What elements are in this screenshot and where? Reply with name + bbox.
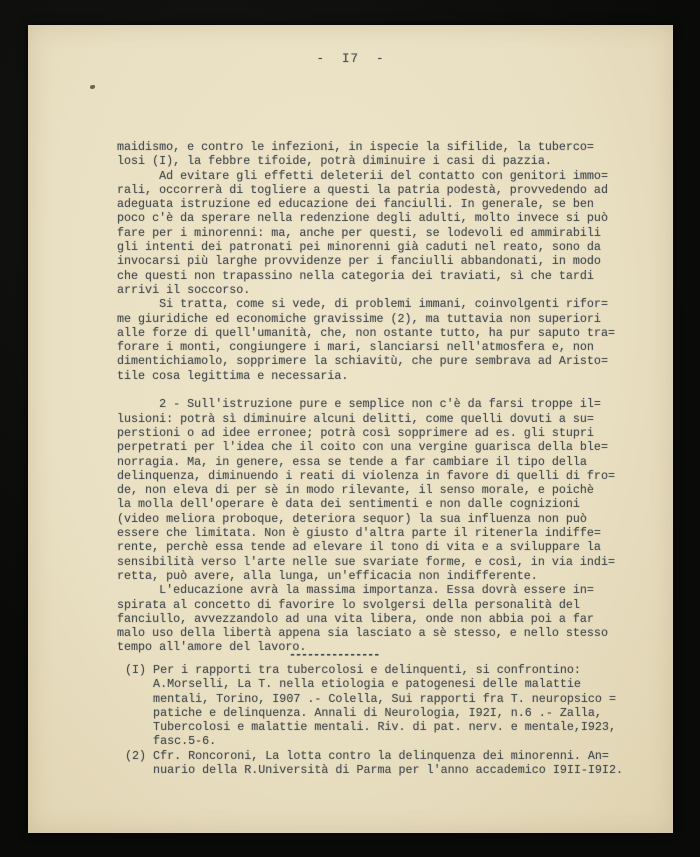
text-line: Ad evitare gli effetti deleterii del con… — [117, 169, 615, 183]
text-line: che questi non trapassino nella categori… — [117, 269, 615, 283]
text-line: L'educazione avrà la massima importanza.… — [117, 583, 615, 597]
text-line: me giuridiche ed economiche gravissime (… — [117, 312, 615, 326]
text-line: Tubercolosi e malattie mentali. Riv. di … — [125, 720, 623, 734]
text-line: tile cosa legittima e necessaria. — [117, 369, 615, 383]
paper-speck — [90, 85, 95, 89]
body-text-block: maidismo, e contro le infezioni, in ispe… — [117, 140, 615, 655]
text-line: (I) Per i rapporti tra tubercolosi e del… — [125, 663, 623, 677]
text-line: mentali, Torino, I907 .- Colella, Sui ra… — [125, 692, 623, 706]
text-line: sensibilità verso l'arte nelle sue svari… — [117, 555, 615, 569]
text-line: adeguata istruzione ed educazione dei fa… — [117, 197, 615, 211]
text-line: malo uso della libertà appena sia lascia… — [117, 626, 615, 640]
text-line: delinquenza, diminuendo i reati di viole… — [117, 469, 615, 483]
text-line: rente, perchè essa tende ad elevare il t… — [117, 540, 615, 554]
text-line: lusioni: potrà sì diminuire alcuni delit… — [117, 412, 615, 426]
text-line: (2) Cfr. Roncoroni, La lotta contro la d… — [125, 749, 623, 763]
text-line: dimentichiamolo, sopprimere la schiavitù… — [117, 354, 615, 368]
typed-dash-rule: --------------- — [289, 648, 379, 662]
text-line: perstioni o ad idee erronee; potrà così … — [117, 426, 615, 440]
text-line: retta, può avere, alla lunga, un'efficac… — [117, 569, 615, 583]
text-line: spirata al concetto di favorire lo svolg… — [117, 598, 615, 612]
text-line: 2 - Sull'istruzione pure e semplice non … — [117, 397, 615, 411]
text-line: patiche e delinquenza. Annali di Neurolo… — [125, 706, 623, 720]
text-line: alle forze di quell'umanità, che, non os… — [117, 326, 615, 340]
text-line: Si tratta, come si vede, di problemi imm… — [117, 297, 615, 311]
text-line: rali, occorrerà di togliere a questi la … — [117, 183, 615, 197]
scanned-page: - I7 - maidismo, e contro le infezioni, … — [28, 25, 673, 833]
text-line: perpetrati per l'idea che il coito con u… — [117, 440, 615, 454]
page-number: - I7 - — [28, 52, 673, 66]
text-line: norragia. Ma, in genere, essa se tende a… — [117, 455, 615, 469]
text-line: forare i monti, congiungere i mari, slan… — [117, 340, 615, 354]
text-line: fanciullo, avvezzandolo ad una vita libe… — [117, 612, 615, 626]
footnotes-block: (I) Per i rapporti tra tubercolosi e del… — [125, 663, 623, 777]
text-line: de, non eleva di per sè in modo rilevant… — [117, 483, 615, 497]
text-line: invocarsi più larghe provvidenze per i f… — [117, 254, 615, 268]
text-line: arrivi il soccorso. — [117, 283, 615, 297]
text-line: losi (I), la febbre tifoide, potrà dimin… — [117, 154, 615, 168]
text-line: la molla dell'operare è data dei sentime… — [117, 497, 615, 511]
text-line: gli intenti dei patronati pei minorenni … — [117, 240, 615, 254]
text-line — [117, 383, 615, 397]
text-line: poco c'è da sperare nella redenzione deg… — [117, 211, 615, 225]
text-line: nuario della R.Università di Parma per l… — [125, 763, 623, 777]
text-line: A.Morselli, La T. nella etiologia e pato… — [125, 677, 623, 691]
text-line: fare per i minorenni: ma, anche per ques… — [117, 226, 615, 240]
text-line: essere che limitata. Non è giusto d'altr… — [117, 526, 615, 540]
text-line: fasc.5-6. — [125, 734, 623, 748]
text-line: (video meliora proboque, deteriora sequo… — [117, 512, 615, 526]
text-line: maidismo, e contro le infezioni, in ispe… — [117, 140, 615, 154]
